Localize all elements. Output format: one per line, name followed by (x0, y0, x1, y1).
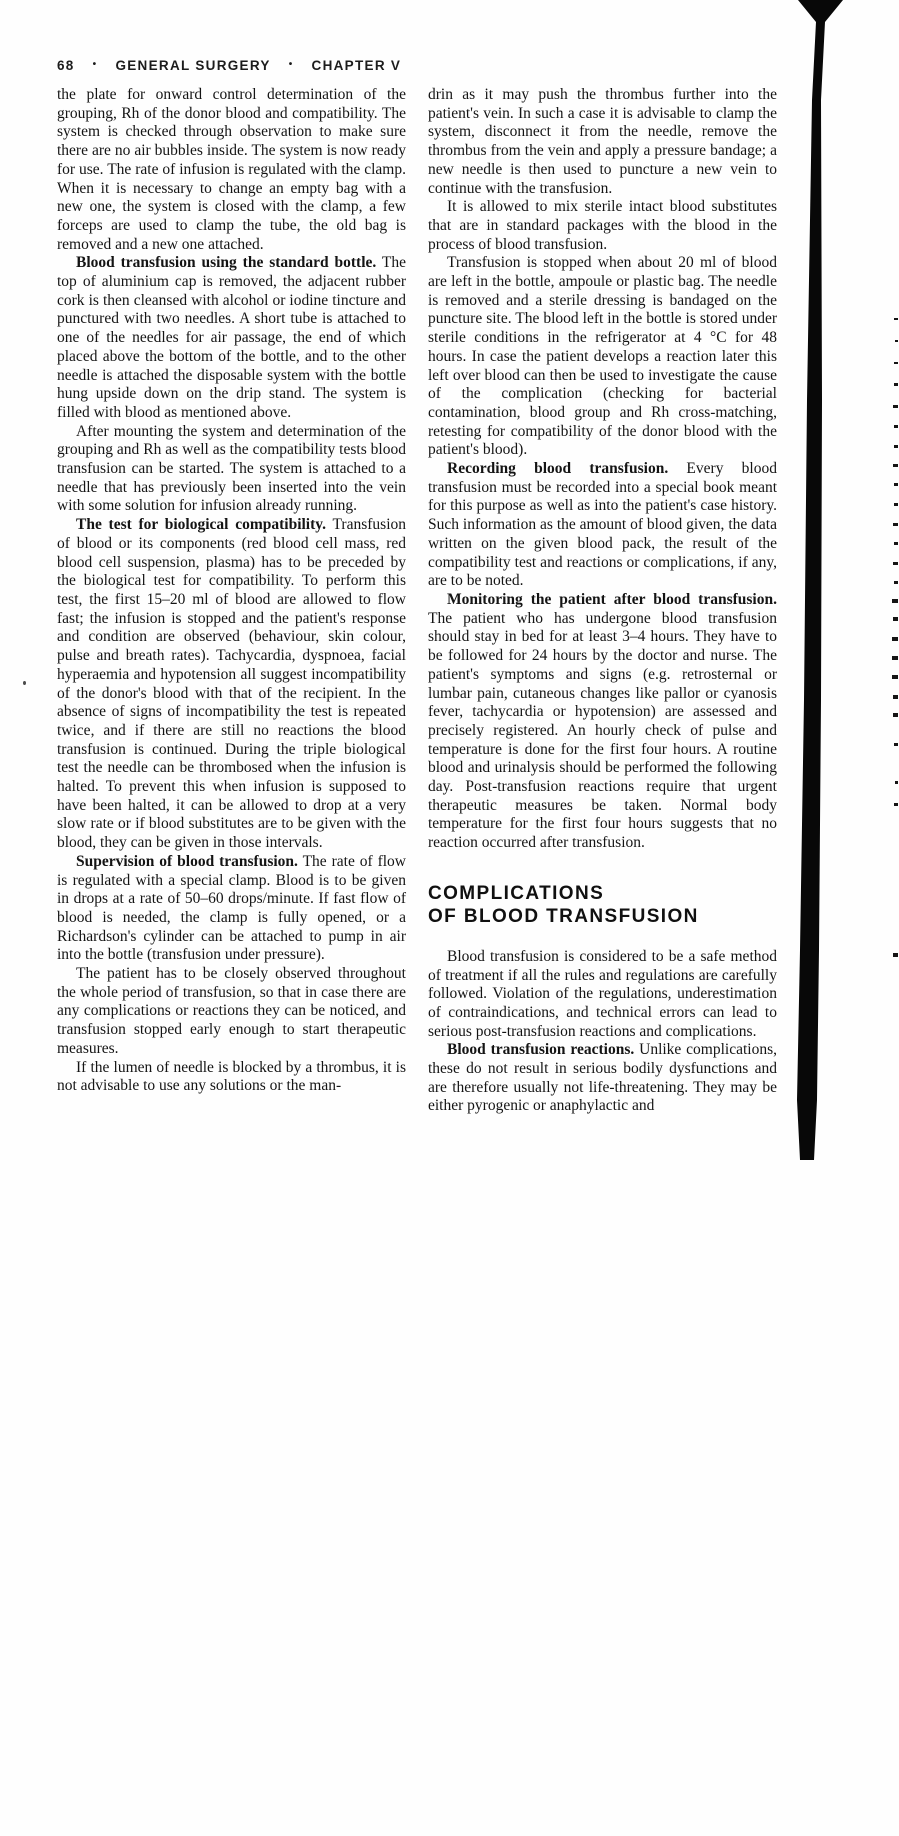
ink-speck (23, 681, 26, 685)
book-gutter-shadow (0, 0, 899, 1180)
page: 68 • GENERAL SURGERY • CHAPTER V the pla… (0, 0, 899, 1836)
